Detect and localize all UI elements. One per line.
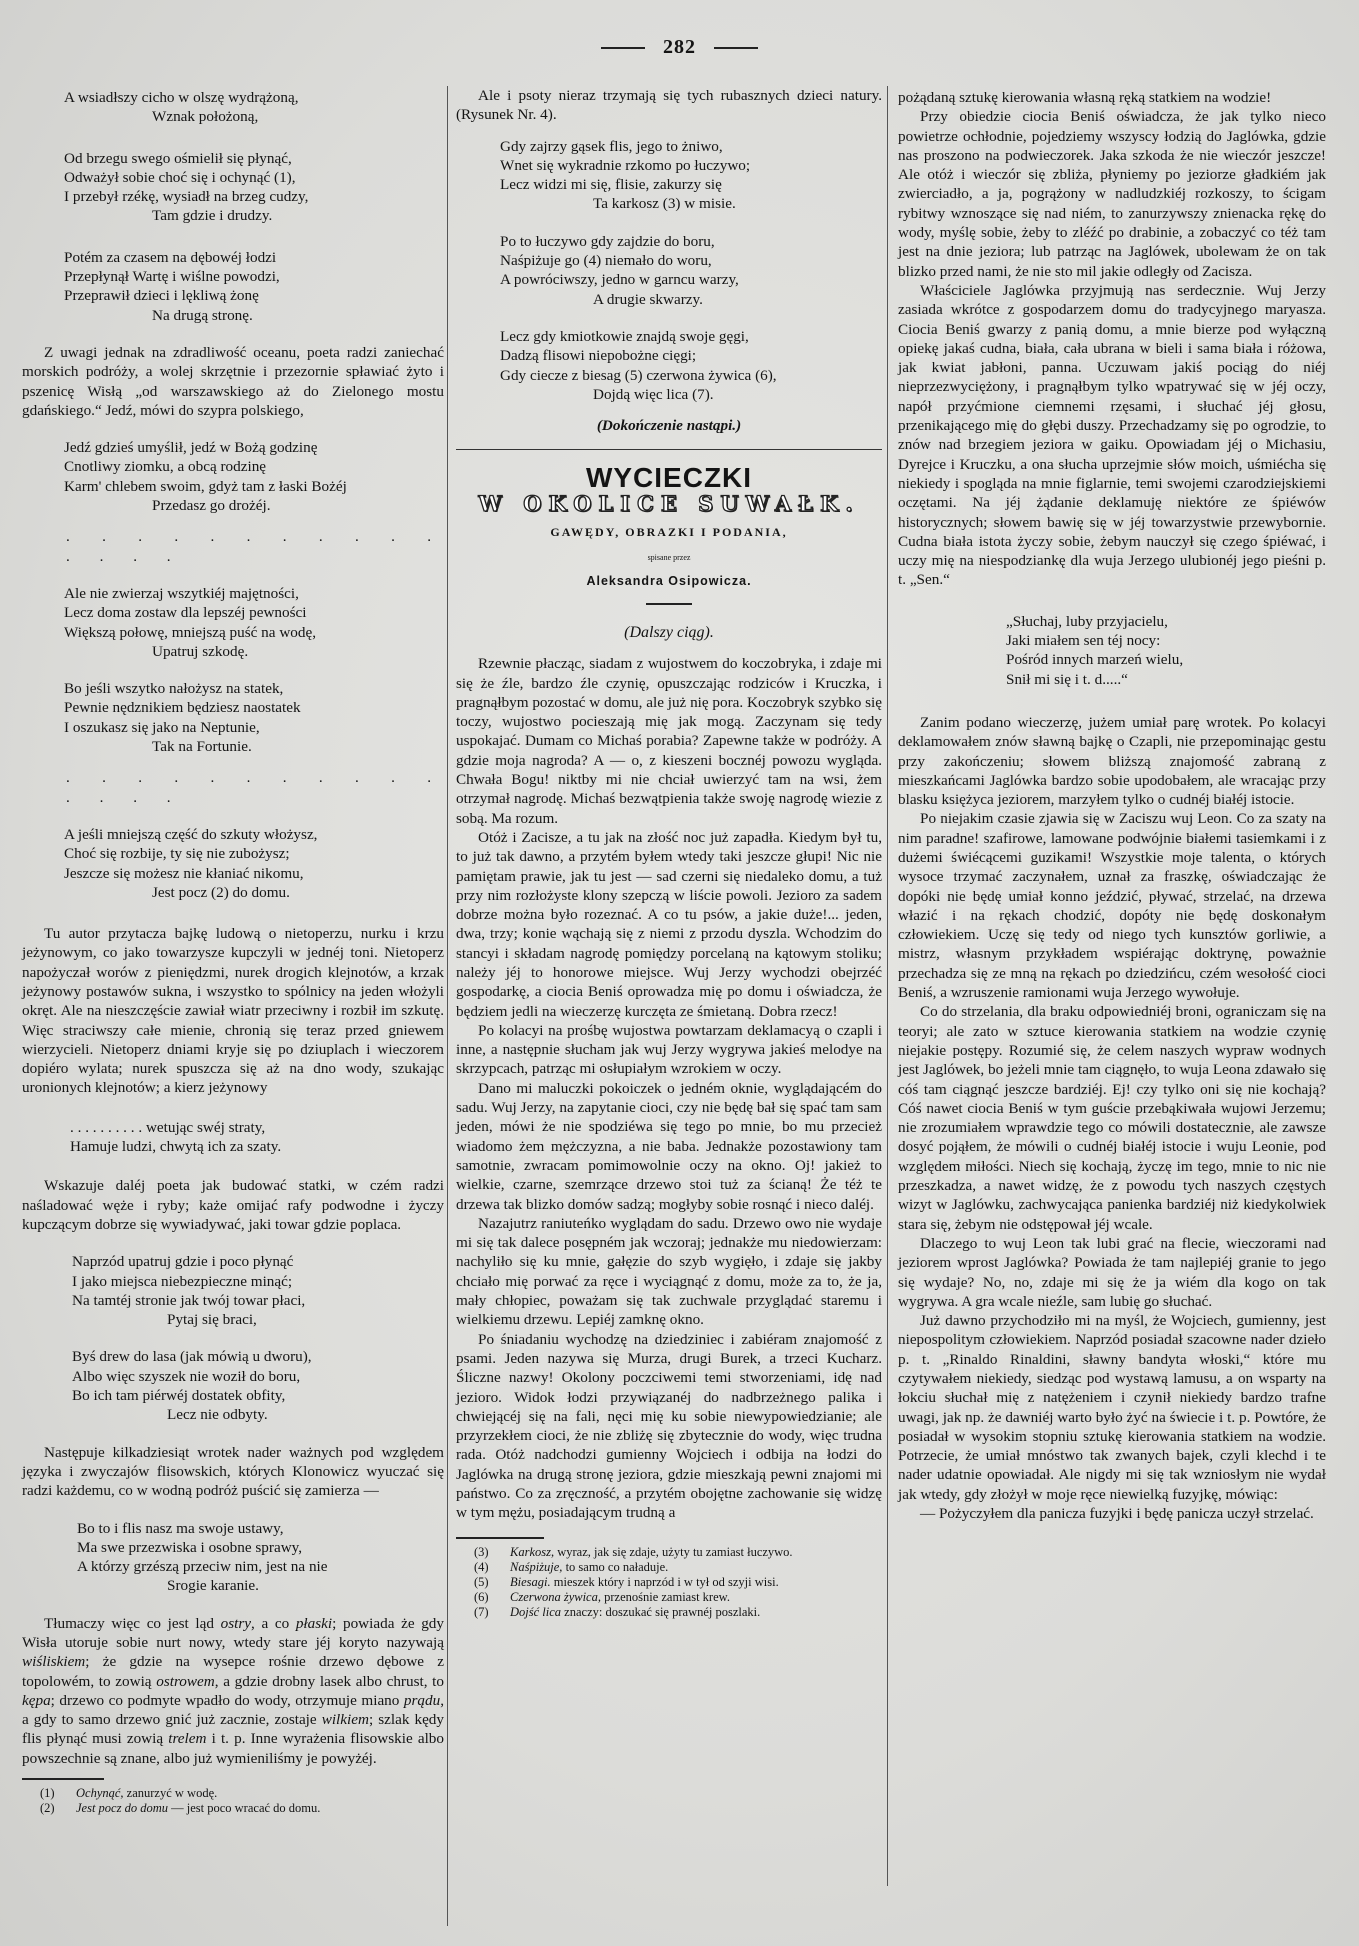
- term: kępa: [22, 1692, 51, 1709]
- paragraph: Ale i psoty nieraz trzymają się tych rub…: [456, 86, 882, 125]
- footnote-term: Ochynąć,: [76, 1786, 124, 1800]
- text-run: Tłumaczy więc co jest ląd: [44, 1615, 221, 1632]
- footnote-term: Jest pocz do domu: [76, 1801, 168, 1815]
- article-author: Aleksandra Osipowicza.: [456, 572, 882, 591]
- paragraph: Co do strzelania, dla braku odpowiedniéj…: [898, 1002, 1326, 1234]
- paragraph: Dlaczego to wuj Leon tak lubi grać na fl…: [898, 1234, 1326, 1311]
- verse-line: Jeszcze się możesz nie kłaniać nikomu,: [22, 864, 444, 883]
- paragraph: Po niejakim czasie zjawia się w Zaciszu …: [898, 809, 1326, 1002]
- text-run: , a co: [251, 1615, 296, 1632]
- song-stanza: „Słuchaj, luby przyjacielu, Jaki miałem …: [898, 612, 1326, 689]
- verse-line: Hamuje ludzi, chwytą ich za szaty.: [22, 1137, 444, 1156]
- verse-line: Cnotliwy ziomku, a obcą rodzinę: [22, 457, 444, 476]
- verse-line: Na drugą stronę.: [22, 306, 444, 325]
- footnote-text: wyraz, jak się zdaje, użyty tu zamiast ł…: [554, 1545, 792, 1559]
- paragraph: Wskazuje daléj poeta jak budować statki,…: [22, 1176, 444, 1234]
- ellipsis-row: . . . . . . . . . . . . . . .: [22, 527, 444, 566]
- footnote-term: Karkosz,: [510, 1545, 554, 1559]
- verse-line: Dadzą flisowi niepobożne cięgi;: [456, 346, 882, 365]
- verse-line: Choć się rozbije, ty się nie zubożysz;: [22, 844, 444, 863]
- verse-line: Naśpiżuje go (4) niemało do woru,: [456, 251, 882, 270]
- footnote-number: (7): [474, 1605, 510, 1620]
- verse-line: A drugie skwarzy.: [456, 290, 882, 309]
- paragraph-flis-terms: Tłumaczy więc co jest ląd ostry, a co pł…: [22, 1614, 444, 1768]
- footnote-term: Dojść lica: [510, 1605, 561, 1619]
- verse-line: Gdy ciecze z biesag (5) czerwona żywica …: [456, 366, 882, 385]
- footnote-number: (1): [40, 1786, 76, 1801]
- verse-line: Pewnie nędznikiem będziesz naostatek: [22, 698, 444, 717]
- continued-note: (Dalszy ciąg).: [456, 623, 882, 642]
- footnote: (5)Biesagi. mieszek który i naprzód i w …: [456, 1575, 882, 1590]
- verse-line: Lecz doma zostaw dla lepszéj pewności: [22, 603, 444, 622]
- verse-line: I jako miejsca niebezpieczne minąć;: [22, 1272, 444, 1291]
- footnote-text: — jest poco wracać do domu.: [168, 1801, 320, 1815]
- page-number-text: 282: [663, 36, 696, 58]
- verse-line: Naprzód upatruj gdzie i poco płynąć: [22, 1252, 444, 1271]
- verse-stanza: Lecz gdy kmiotkowie znajdą swoje gęgi, D…: [456, 327, 882, 404]
- verse-line: Pośród innych marzeń wielu,: [898, 650, 1326, 669]
- term: ostry: [221, 1615, 251, 1632]
- verse-line: Ta karkosz (3) w misie.: [456, 194, 882, 213]
- verse-line: Jaki miałem sen téj nocy:: [898, 631, 1326, 650]
- term: ostrowem: [156, 1673, 215, 1690]
- footnote-number: (5): [474, 1575, 510, 1590]
- verse-line: Na tamtéj stronie jak twój towar płaci,: [22, 1291, 444, 1310]
- verse-line: Snił mi się i t. d.....“: [898, 670, 1326, 689]
- article-genre: GAWĘDY, OBRAZKI I PODANIA,: [456, 523, 882, 542]
- article-subtitle: W OKOLICE SUWAŁK.: [456, 494, 882, 513]
- footnote-number: (4): [474, 1560, 510, 1575]
- verse-line: Upatruj szkodę.: [22, 642, 444, 661]
- page-number-dash-left: [601, 47, 645, 49]
- column-2: Ale i psoty nieraz trzymają się tych rub…: [456, 86, 882, 1620]
- column-rule-2: [887, 86, 888, 1886]
- paragraph: Zanim podano wieczerzę, jużem umiał parę…: [898, 713, 1326, 809]
- verse-line: Lecz nie odbyty.: [22, 1405, 444, 1424]
- text-run: ; drzewo co podmyte wpadło do wody, otrz…: [51, 1692, 404, 1709]
- article-byline-label: spisane przez: [456, 548, 882, 567]
- text-run: , a gdzie drobny lasek albo chrust, to: [215, 1673, 444, 1690]
- paragraph: Tu autor przytacza bajkę ludową o nietop…: [22, 924, 444, 1098]
- page-number-dash-right: [714, 47, 758, 49]
- verse-line: Gdy zajrzy gąsek flis, jego to żniwo,: [456, 137, 882, 156]
- column-3: pożądaną sztukę kierowania własną ręką s…: [898, 88, 1326, 1523]
- verse-line: Lecz gdy kmiotkowie znajdą swoje gęgi,: [456, 327, 882, 346]
- paragraph: Nazajutrz raniuteńko wyglądam do sadu. D…: [456, 1214, 882, 1330]
- verse-stanza: . . . . . . . . . . wetując swéj straty,…: [22, 1118, 444, 1157]
- verse-line: Wznak położoną,: [22, 107, 444, 126]
- term: prądu: [404, 1692, 440, 1709]
- to-be-concluded-note: (Dokończenie nastąpi.): [456, 416, 882, 435]
- paragraph: Otóż i Zacisze, a tu jak na złość noc ju…: [456, 828, 882, 1021]
- footnote: (1)Ochynąć, zanurzyć w wodę.: [22, 1786, 444, 1801]
- footnote-rule: [456, 1537, 544, 1539]
- verse-stanza: Potém za czasem na dębowéj łodzi Przepły…: [22, 248, 444, 325]
- footnote-term: Czerwona żywica,: [510, 1590, 601, 1604]
- footnote: (3)Karkosz, wyraz, jak się zdaje, użyty …: [456, 1545, 882, 1560]
- verse-line: Przedasz go drożéj.: [22, 496, 444, 515]
- footnote-text: zanurzyć w wodę.: [124, 1786, 218, 1800]
- paragraph: Dano mi maluczki pokoiczek o jedném okni…: [456, 1079, 882, 1214]
- footnote-number: (2): [40, 1801, 76, 1816]
- paragraph: Już dawno przychodziło mi na myśl, że Wo…: [898, 1311, 1326, 1504]
- footnote-text: mieszek który i naprzód i w tył od szyji…: [551, 1575, 779, 1589]
- term: płaski: [296, 1615, 332, 1632]
- verse-stanza: A wsiadłszy cicho w olszę wydrążoną, Wzn…: [22, 88, 444, 127]
- verse-line: A którzy grzészą przeciw nim, jest na ni…: [22, 1557, 444, 1576]
- footnote-text: znaczy: doszukać się prawnéj poszlaki.: [561, 1605, 760, 1619]
- footnote-text: przenośnie zamiast krew.: [601, 1590, 730, 1604]
- column-rule-1: [447, 86, 448, 1926]
- paragraph: Następuje kilkadziesiąt wrotek nader waż…: [22, 1443, 444, 1501]
- paragraph: Z uwagi jednak na zdradliwość oceanu, po…: [22, 343, 444, 420]
- verse-line: Odważył sobie choć się i ochynąć (1),: [22, 168, 444, 187]
- paragraph: pożądaną sztukę kierowania własną ręką s…: [898, 88, 1326, 107]
- verse-stanza: Byś drew do lasa (jak mówią u dworu), Al…: [22, 1347, 444, 1424]
- verse-line: I przebył rzékę, wysiadł na brzeg cudzy,: [22, 187, 444, 206]
- paragraph: Po śniadaniu wychodzę na dziedziniec i z…: [456, 1330, 882, 1523]
- verse-stanza: A jeśli mniejszą część do szkuty włożysz…: [22, 825, 444, 902]
- newspaper-page: 282 A wsiadłszy cicho w olszę wydrążoną,…: [0, 0, 1359, 1946]
- verse-stanza: Od brzegu swego ośmielił się płynąć, Odw…: [22, 149, 444, 226]
- verse-line: Dojdą więc lica (7).: [456, 385, 882, 404]
- column-1: A wsiadłszy cicho w olszę wydrążoną, Wzn…: [22, 86, 444, 1816]
- verse-line: Pytaj się braci,: [22, 1310, 444, 1329]
- section-rule: [456, 449, 882, 450]
- verse-line: Ale nie zwierzaj wszytkiéj majętności,: [22, 584, 444, 603]
- verse-line: . . . . . . . . . . wetując swéj straty,: [22, 1118, 444, 1137]
- paragraph: Przy obiedzie ciocia Beniś oświadcza, że…: [898, 107, 1326, 281]
- verse-line: Tak na Fortunie.: [22, 737, 444, 756]
- verse-line: „Słuchaj, luby przyjacielu,: [898, 612, 1326, 631]
- footnote-term: Biesagi.: [510, 1575, 551, 1589]
- paragraph: — Pożyczyłem dla panicza fuzyjki i będę …: [898, 1504, 1326, 1523]
- verse-line: Po to łuczywo gdy zajdzie do boru,: [456, 232, 882, 251]
- verse-line: Tam gdzie i drudzy.: [22, 206, 444, 225]
- verse-line: Przepłynął Wartę i wiślne powodzi,: [22, 267, 444, 286]
- verse-line: Albo więc szyszek nie woził do boru,: [22, 1367, 444, 1386]
- paragraph: Właściciele Jaglówka przyjmują nas serde…: [898, 281, 1326, 590]
- verse-line: Jedź gdzieś umyślił, jedź w Bożą godzinę: [22, 438, 444, 457]
- term: trelem: [168, 1730, 206, 1747]
- footnote: (4)Naśpiżuje, to samo co naładuje.: [456, 1560, 882, 1575]
- verse-line: Lecz widzi mi się, flisie, zakurzy się: [456, 175, 882, 194]
- verse-stanza: Bo jeśli wszytko nałożysz na statek, Pew…: [22, 679, 444, 756]
- verse-line: Bo jeśli wszytko nałożysz na statek,: [22, 679, 444, 698]
- footnote-text: to samo co naładuje.: [562, 1560, 668, 1574]
- title-rule: [646, 603, 692, 605]
- verse-line: Wnet się wykradnie rzkomo po łuczywo;: [456, 156, 882, 175]
- verse-line: Bo ich tam piérwéj dostatek obfity,: [22, 1386, 444, 1405]
- term: wiśliskiem: [22, 1653, 85, 1670]
- verse-stanza: Po to łuczywo gdy zajdzie do boru, Naśpi…: [456, 232, 882, 309]
- verse-line: Od brzegu swego ośmielił się płynąć,: [22, 149, 444, 168]
- verse-stanza: Gdy zajrzy gąsek flis, jego to żniwo, Wn…: [456, 137, 882, 214]
- verse-line: A jeśli mniejszą część do szkuty włożysz…: [22, 825, 444, 844]
- verse-line: Większą połowę, mniejszą puść na wodę,: [22, 623, 444, 642]
- page-number: 282: [0, 36, 1359, 59]
- verse-line: Srogie karanie.: [22, 1576, 444, 1595]
- verse-line: Potém za czasem na dębowéj łodzi: [22, 248, 444, 267]
- verse-line: A wsiadłszy cicho w olszę wydrążoną,: [22, 88, 444, 107]
- footnote-number: (3): [474, 1545, 510, 1560]
- verse-line: Przeprawił dzieci i lękliwą żonę: [22, 286, 444, 305]
- verse-line: I oszukasz się jako na Neptunie,: [22, 718, 444, 737]
- verse-line: A powróciwszy, jedno w garncu warzy,: [456, 270, 882, 289]
- verse-line: Bo to i flis nasz ma swoje ustawy,: [22, 1519, 444, 1538]
- verse-stanza: Ale nie zwierzaj wszytkiéj majętności, L…: [22, 584, 444, 661]
- footnote-rule: [22, 1778, 104, 1780]
- verse-line: Ma swe przezwiska i osobne sprawy,: [22, 1538, 444, 1557]
- paragraph: Po kolacyi na prośbę wujostwa powtarzam …: [456, 1021, 882, 1079]
- paragraph: Rzewnie płacząc, siadam z wujostwem do k…: [456, 654, 882, 828]
- footnote: (6)Czerwona żywica, przenośnie zamiast k…: [456, 1590, 882, 1605]
- footnote-term: Naśpiżuje,: [510, 1560, 562, 1574]
- verse-line: Jest pocz (2) do domu.: [22, 883, 444, 902]
- footnote: (2)Jest pocz do domu — jest poco wracać …: [22, 1801, 444, 1816]
- verse-stanza: Bo to i flis nasz ma swoje ustawy, Ma sw…: [22, 1519, 444, 1596]
- verse-stanza: Naprzód upatruj gdzie i poco płynąć I ja…: [22, 1252, 444, 1329]
- footnote-number: (6): [474, 1590, 510, 1605]
- verse-line: Karm' chlebem swoim, gdyż tam z łaski Bo…: [22, 477, 444, 496]
- term: wilkiem: [322, 1711, 369, 1728]
- verse-stanza: Jedź gdzieś umyślił, jedź w Bożą godzinę…: [22, 438, 444, 515]
- footnote: (7)Dojść lica znaczy: doszukać się prawn…: [456, 1605, 882, 1620]
- ellipsis-row: . . . . . . . . . . . . . . .: [22, 768, 444, 807]
- verse-line: Byś drew do lasa (jak mówią u dworu),: [22, 1347, 444, 1366]
- article-title: WYCIECZKI: [456, 468, 882, 487]
